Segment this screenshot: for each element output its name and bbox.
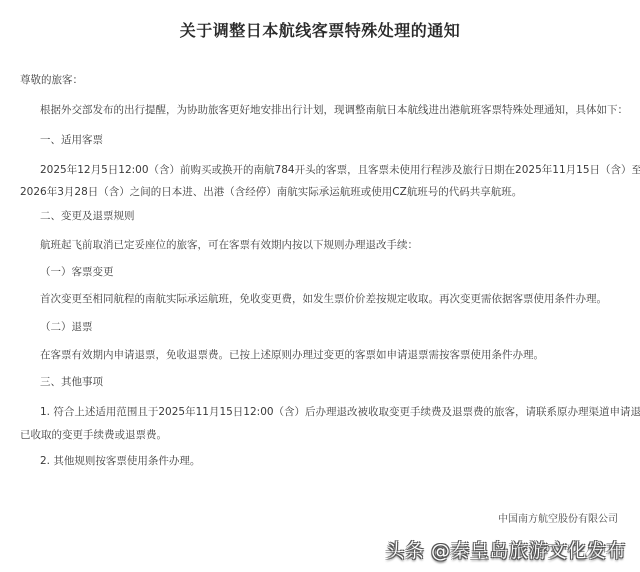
section3-item1-line2: 已收取的变更手续费或退票费。 (20, 428, 167, 442)
section2-intro: 航班起飞前取消已定妥座位的旅客，可在客票有效期内按以下规则办理退改手续： (40, 238, 418, 252)
section1-text-line1: 2025年12月5日12:00（含）前购买或换开的南航784开头的客票，且客票未… (40, 163, 640, 177)
section3-heading: 三、其他事项 (40, 375, 103, 389)
section2-sub2-text: 在客票有效期内申请退票，免收退票费。已按上述原则办理过变更的客票如申请退票需按客… (40, 348, 544, 362)
section2-sub1-heading: （一）客票变更 (40, 265, 114, 279)
section3-item1-line1: 1. 符合上述适用范围且于2025年11月15日12:00（含）后办理退改被收取… (40, 405, 640, 419)
signature-company: 中国南方航空股份有限公司 (498, 510, 618, 525)
section1-heading: 一、适用客票 (40, 133, 103, 147)
section2-heading: 二、变更及退票规则 (40, 209, 135, 223)
salutation: 尊敬的旅客： (20, 73, 83, 87)
watermark: 头条 @秦皇岛旅游文化发布 (385, 536, 626, 563)
section3-item2: 2. 其他规则按客票使用条件办理。 (40, 454, 200, 468)
intro-paragraph: 根据外交部发布的出行提醒，为协助旅客更好地安排出行计划，现调整南航日本航线进出港… (40, 103, 628, 117)
section1-text-line2: 2026年3月28日（含）之间的日本进、出港（含经停）南航实际承运航班或使用CZ… (20, 185, 522, 199)
notice-document: 关于调整日本航线客票特殊处理的通知 尊敬的旅客： 根据外交部发布的出行提醒，为协… (0, 0, 640, 572)
notice-title: 关于调整日本航线客票特殊处理的通知 (0, 18, 640, 41)
section2-sub1-text: 首次变更至相同航程的南航实际承运航班，免收变更费，如发生票价价差按规定收取。再次… (40, 292, 607, 306)
section2-sub2-heading: （二）退票 (40, 320, 93, 334)
